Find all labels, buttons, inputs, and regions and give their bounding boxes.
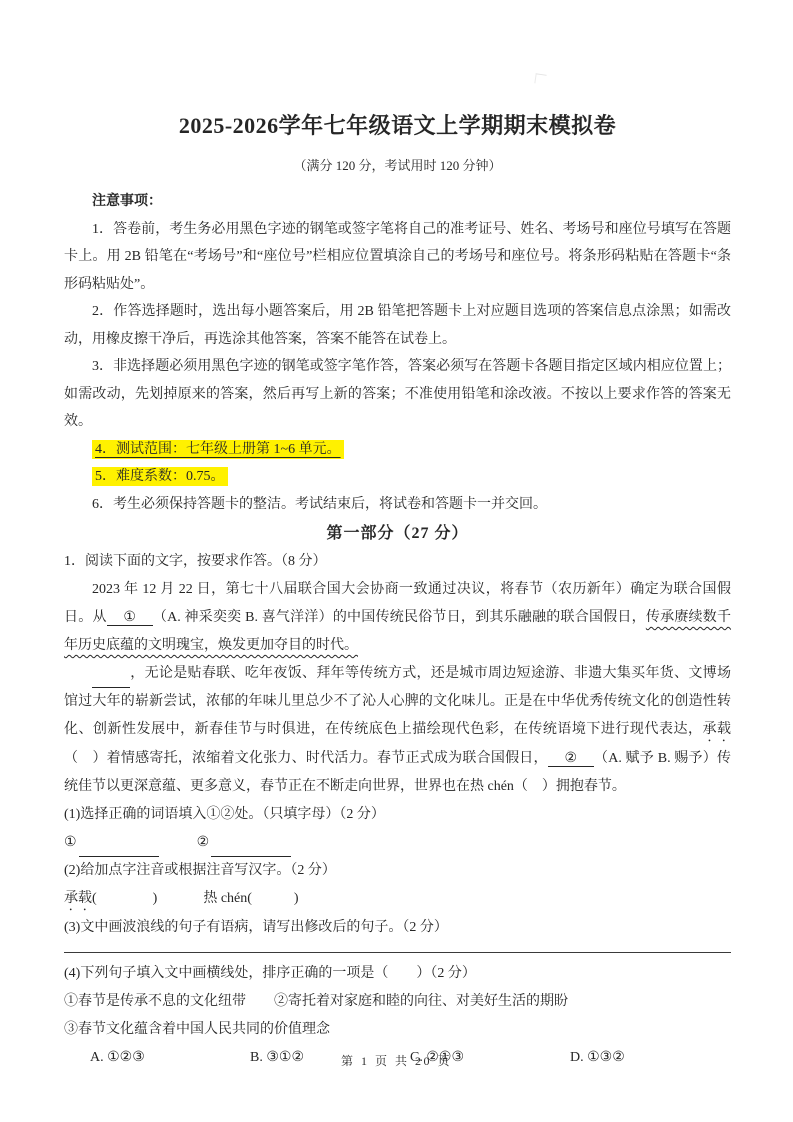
hanzi-paren-2: ( ) — [247, 891, 298, 906]
answer-blank-2 — [211, 843, 291, 857]
subquestion-4-items-1-2: ①春节是传承不息的文化纽带 ②寄托着对家庭和睦的向往、对美好生活的期盼 — [64, 988, 731, 1016]
section-heading: 第一部分（27 分） — [64, 520, 731, 548]
page-footer: 第 1 页 共 20 页 — [0, 1052, 793, 1069]
notice-text-4-highlighted: 4．测试范围：七年级上册第 1~6 单元。 — [92, 440, 344, 459]
exam-title: 2025-2026学年七年级语文上学期期末模拟卷 — [64, 110, 731, 142]
subquestion-3: (3)文中画波浪线的句子有语病，请写出修改后的句子。（2 分） — [64, 914, 731, 942]
pinyin-paren-1: ( ) — [92, 891, 157, 906]
answer-label-1: ① — [64, 835, 77, 850]
p2-seg1: ，无论是贴春联、吃年夜饭、拜年等传统方式，还是城市周边短途游、非遗大集买年货、文… — [64, 666, 731, 737]
numbered-blank-2: ② — [548, 751, 594, 767]
word-re-chen: 热 chén — [203, 891, 247, 906]
notice-item-5: 5．难度系数：0.75。 — [64, 463, 731, 491]
notice-text-3: 3．非选择题必须用黑色字迹的钢笔或签字笔作答，答案必须写在答题卡各题目指定区域内… — [64, 359, 731, 429]
circled-number-1: ① — [123, 610, 136, 625]
p1-seg2: （A. 神采奕奕 B. 喜气洋洋）的中国传统民俗节日，到其乐融融的联合国假日， — [153, 610, 646, 625]
p2-seg2: （ ）着情感寄托，浓缩着文化张力、时代活力。春节正式成为联合国假日， — [64, 751, 548, 766]
notice-text-6: 6．考生必须保持答题卡的整洁。考试结束后，将试卷和答题卡一并交回。 — [92, 497, 547, 512]
circled-number-2: ② — [564, 751, 577, 766]
answer-blank-1 — [79, 843, 159, 857]
notices-section: 注意事项： 1．答卷前，考生务必用黑色字迹的钢笔或签字笔将自己的准考证号、姓名、… — [64, 188, 731, 518]
answer-rule-line — [64, 942, 731, 953]
subquestion-2: (2)给加点字注音或根据注音写汉字。（2 分） — [64, 857, 731, 885]
notice-item-3: 3．非选择题必须用黑色字迹的钢笔或签字笔作答，答案必须写在答题卡各题目指定区域内… — [64, 353, 731, 436]
notice-item-4: 4．测试范围：七年级上册第 1~6 单元。 — [64, 436, 731, 464]
question-1-stem: 1．阅读下面的文字，按要求作答。（8 分） — [64, 548, 731, 576]
notice-text-2: 2．作答选择题时，选出每小题答案后，用 2B 铅笔把答题卡上对应题目选项的答案信… — [64, 304, 731, 347]
notices-heading: 注意事项： — [64, 188, 731, 216]
subquestion-4-item-3: ③春节文化蕴含着中国人民共同的价值理念 — [64, 1016, 731, 1044]
passage-paragraph-1: 2023 年 12 月 22 日，第七十八届联合国大会协商一致通过决议，将春节（… — [64, 576, 731, 660]
dotted-word-chengzai-2: 承载 — [64, 891, 92, 906]
passage-paragraph-2: ，无论是贴春联、吃年夜饭、拜年等传统方式，还是城市周边短途游、非遗大集买年货、文… — [64, 660, 731, 801]
question-1: 1．阅读下面的文字，按要求作答。（8 分） 2023 年 12 月 22 日，第… — [64, 548, 731, 1072]
subquestion-2-word-row: 承载( )热 chén( ) — [64, 885, 731, 914]
notice-item-2: 2．作答选择题时，选出每小题答案后，用 2B 铅笔把答题卡上对应题目选项的答案信… — [64, 298, 731, 353]
subquestion-1-answer-row: ①② — [64, 829, 731, 857]
numbered-blank-1: ① — [107, 610, 153, 626]
subquestion-4: (4)下列句子填入文中画横线处，排序正确的一项是（ ）（2 分） — [64, 960, 731, 988]
sentence-insert-blank — [92, 674, 130, 688]
exam-paper-page: 2025-2026学年七年级语文上学期期末模拟卷 （满分 120 分，考试用时 … — [0, 0, 793, 1122]
exam-subtitle: （满分 120 分，考试用时 120 分钟） — [64, 156, 731, 176]
notice-text-1: 1．答卷前，考生务必用黑色字迹的钢笔或签字笔将自己的准考证号、姓名、考场号和座位… — [64, 222, 731, 292]
dotted-word-chengzai: 承载 — [703, 722, 732, 737]
subquestion-1: (1)选择正确的词语填入①②处。（只填字母）（2 分） — [64, 801, 731, 829]
answer-label-2: ② — [197, 835, 210, 850]
notice-item-1: 1．答卷前，考生务必用黑色字迹的钢笔或签字笔将自己的准考证号、姓名、考场号和座位… — [64, 216, 731, 299]
scan-artifact — [534, 73, 546, 84]
notice-item-6: 6．考生必须保持答题卡的整洁。考试结束后，将试卷和答题卡一并交回。 — [64, 491, 731, 519]
notice-text-5-highlighted: 5．难度系数：0.75。 — [92, 467, 228, 486]
